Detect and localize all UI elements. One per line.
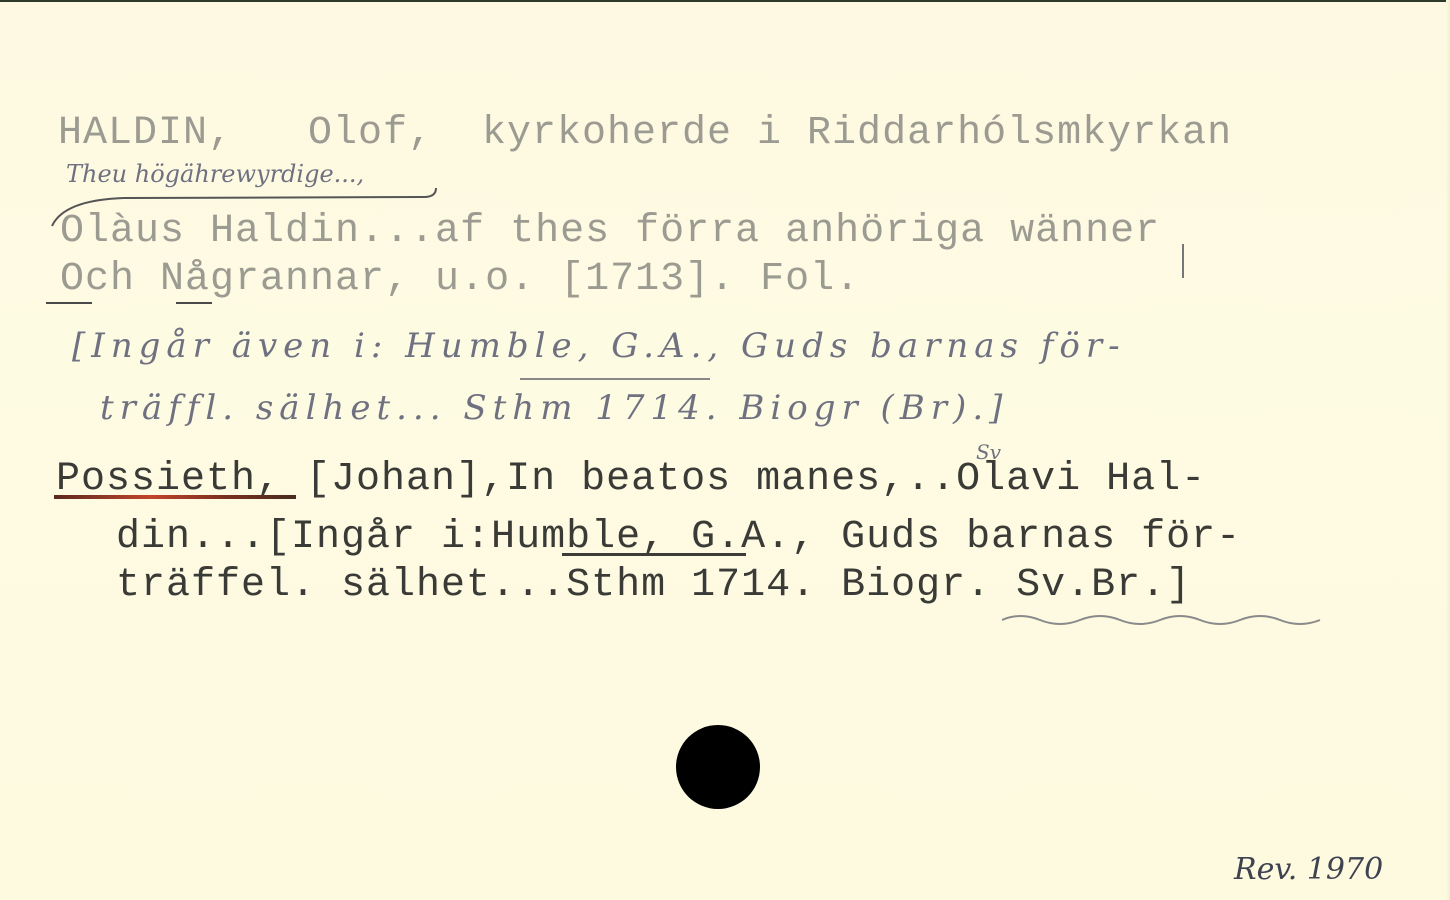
revision-note: Rev. 1970 [1234, 852, 1383, 887]
humble-pencil-underline [520, 378, 710, 380]
handwritten-title-prefix: Theu högährewyrdige..., [66, 160, 364, 188]
och-underline [46, 302, 92, 304]
handwritten-note-line-2: träffl. sälhet... Sthm 1714. Biogr (Br).… [100, 388, 1008, 428]
humble-typed-underline [562, 553, 746, 556]
catalog-card: HALDIN, Olof, kyrkoherde i Riddarhólsmky… [0, 0, 1450, 900]
title-line-2: Och Någrannar, u.o. [1713]. Fol. [60, 258, 860, 302]
entry-line-3: träffel. sälhet...Sthm 1714. Biogr. Sv.B… [116, 564, 1191, 608]
handwritten-note-line-1: [Ingår även i: Humble, G.A., Guds barnas… [72, 326, 1126, 366]
heading-given-name: Olof, [308, 112, 433, 156]
title-line-1: Olàus Haldin...af thes förra anhöriga wä… [60, 210, 1160, 254]
nagrannar-underline [176, 302, 212, 304]
pencil-divider-mark [1182, 244, 1184, 278]
punch-hole [676, 725, 760, 809]
card-top-edge [0, 0, 1450, 2]
biogr-wavy-underline [1000, 610, 1330, 630]
heading-description: kyrkoherde i Riddarhólsmkyrkan [482, 112, 1232, 156]
heading-surname: HALDIN, [58, 112, 233, 156]
card-right-edge [1446, 0, 1450, 900]
author-red-underline [54, 495, 296, 499]
